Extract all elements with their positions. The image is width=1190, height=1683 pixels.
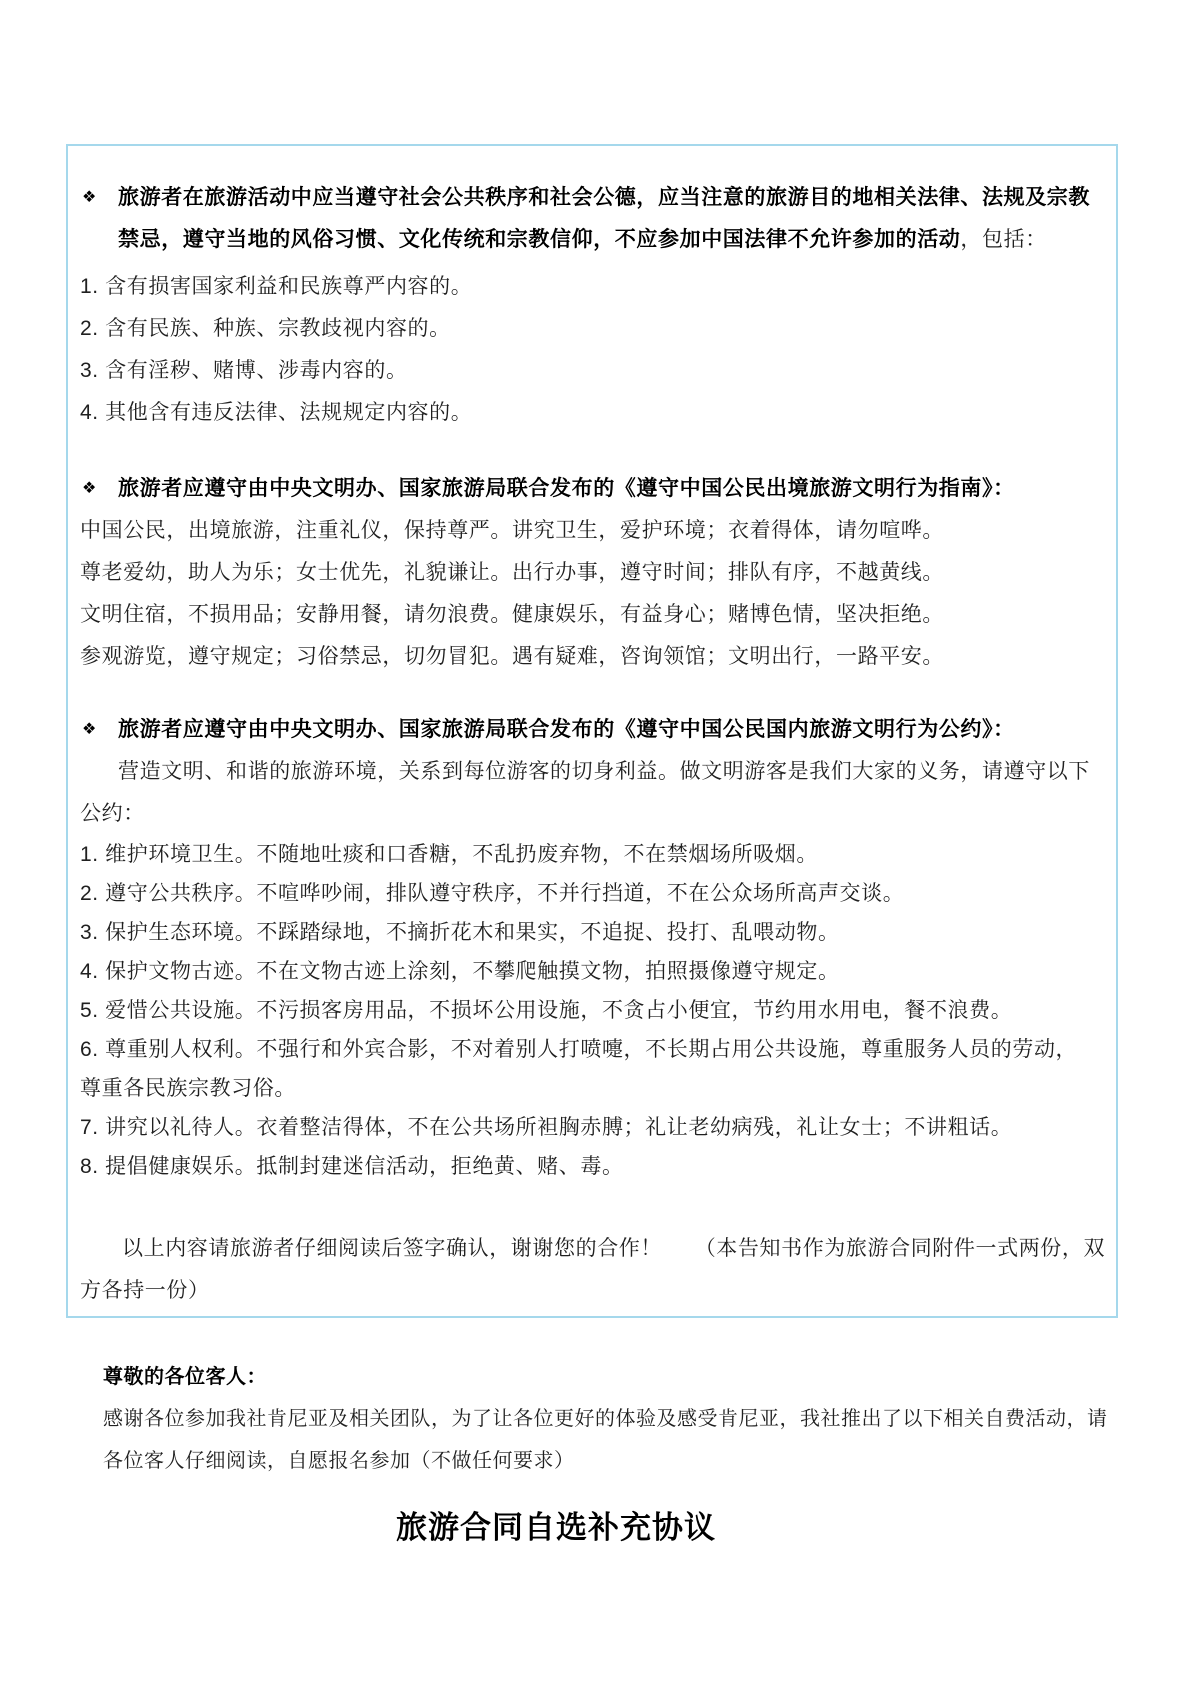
list-item: 3. 含有淫秽、赌博、涉毒内容的。: [80, 350, 1098, 392]
diamond-bullet-icon: ❖: [82, 468, 97, 510]
guest-greeting: 尊敬的各位客人： 感谢各位参加我社肯尼亚及相关团队，为了让各位更好的体验及感受肯…: [103, 1356, 1130, 1482]
heading-text: 旅游者应遵守由中央文明办、国家旅游局联合发布的《遵守中国公民出境旅游文明行为指南…: [118, 477, 1015, 500]
diamond-bullet-icon: ❖: [82, 709, 97, 751]
heading-text-regular: ，包括：: [960, 228, 1046, 251]
notice-box: ❖ 旅游者在旅游活动中应当遵守社会公共秩序和社会公德，应当注意的旅游目的地相关法…: [66, 144, 1118, 1318]
pact-items-list: 1. 维护环境卫生。不随地吐痰和口香糖，不乱扔废弃物，不在禁烟场所吸烟。 2. …: [80, 835, 1098, 1186]
section-outbound-guide: ❖ 旅游者应遵守由中央文明办、国家旅游局联合发布的《遵守中国公民出境旅游文明行为…: [80, 468, 1098, 678]
document-page: ❖ 旅游者在旅游活动中应当遵守社会公共秩序和社会公德，应当注意的旅游目的地相关法…: [0, 0, 1190, 1683]
heading-text-bold: 禁忌，遵守当地的风俗习惯、文化传统和宗教信仰，不应参加中国法律不允许参加的活动: [118, 228, 960, 251]
section-legal-rules: ❖ 旅游者在旅游活动中应当遵守社会公共秩序和社会公德，应当注意的旅游目的地相关法…: [80, 177, 1098, 434]
list-item-continuation: 尊重各民族宗教习俗。: [80, 1069, 1098, 1108]
section-legal-heading-line2: 禁忌，遵守当地的风俗习惯、文化传统和宗教信仰，不应参加中国法律不允许参加的活动，…: [80, 219, 1098, 261]
greeting-body-line: 感谢各位参加我社肯尼亚及相关团队，为了让各位更好的体验及感受肯尼亚，我社推出了以…: [103, 1398, 1130, 1440]
greeting-salutation: 尊敬的各位客人：: [103, 1356, 1130, 1398]
guide-line: 参观游览，遵守规定；习俗禁忌，切勿冒犯。遇有疑难，咨询领馆；文明出行，一路平安。: [80, 636, 1098, 678]
heading-text: 旅游者应遵守由中央文明办、国家旅游局联合发布的《遵守中国公民国内旅游文明行为公约…: [118, 718, 1015, 741]
closing-note: 以上内容请旅游者仔细阅读后签字确认，谢谢您的合作！ （本告知书作为旅游合同附件一…: [80, 1228, 1098, 1312]
closing-line: 方各持一份）: [80, 1270, 1098, 1312]
guide-line: 中国公民，出境旅游，注重礼仪，保持尊严。讲究卫生，爱护环境；衣着得体，请勿喧哗。: [80, 510, 1098, 552]
list-item: 5. 爱惜公共设施。不污损客房用品，不损坏公用设施，不贪占小便宜，节约用水用电，…: [80, 991, 1098, 1030]
section-domestic-pact: ❖ 旅游者应遵守由中央文明办、国家旅游局联合发布的《遵守中国公民国内旅游文明行为…: [80, 709, 1098, 1186]
list-item: 1. 含有损害国家利益和民族尊严内容的。: [80, 266, 1098, 308]
list-item: 3. 保护生态环境。不踩踏绿地，不摘折花木和果实，不追捉、投打、乱喂动物。: [80, 913, 1098, 952]
list-item: 8. 提倡健康娱乐。抵制封建迷信活动，拒绝黄、赌、毒。: [80, 1147, 1098, 1186]
pact-intro-line1: 营造文明、和谐的旅游环境，关系到每位游客的切身利益。做文明游客是我们大家的义务，…: [80, 751, 1098, 793]
list-item: 2. 含有民族、种族、宗教歧视内容的。: [80, 308, 1098, 350]
guide-line: 尊老爱幼，助人为乐；女士优先，礼貌谦让。出行办事，遵守时间；排队有序，不越黄线。: [80, 552, 1098, 594]
list-item: 7. 讲究以礼待人。衣着整洁得体，不在公共场所袒胸赤膊；礼让老幼病残，礼让女士；…: [80, 1108, 1098, 1147]
guide-line: 文明住宿，不损用品；安静用餐，请勿浪费。健康娱乐，有益身心；赌博色情，坚决拒绝。: [80, 594, 1098, 636]
section-legal-heading-line1: ❖ 旅游者在旅游活动中应当遵守社会公共秩序和社会公德，应当注意的旅游目的地相关法…: [80, 177, 1098, 219]
diamond-bullet-icon: ❖: [82, 177, 97, 219]
agreement-title: 旅游合同自选补充协议: [0, 1506, 1112, 1550]
pact-intro-line2: 公约：: [80, 793, 1098, 835]
heading-text: 旅游者在旅游活动中应当遵守社会公共秩序和社会公德，应当注意的旅游目的地相关法律、…: [118, 186, 1090, 209]
list-item: 1. 维护环境卫生。不随地吐痰和口香糖，不乱扔废弃物，不在禁烟场所吸烟。: [80, 835, 1098, 874]
section-outbound-heading: ❖ 旅游者应遵守由中央文明办、国家旅游局联合发布的《遵守中国公民出境旅游文明行为…: [80, 468, 1098, 510]
closing-line: 以上内容请旅游者仔细阅读后签字确认，谢谢您的合作！ （本告知书作为旅游合同附件一…: [80, 1228, 1098, 1270]
list-item: 2. 遵守公共秩序。不喧哗吵闹，排队遵守秩序，不并行挡道，不在公众场所高声交谈。: [80, 874, 1098, 913]
list-item: 4. 其他含有违反法律、法规规定内容的。: [80, 392, 1098, 434]
list-item: 6. 尊重别人权利。不强行和外宾合影，不对着别人打喷嚏，不长期占用公共设施，尊重…: [80, 1030, 1098, 1069]
greeting-body-line: 各位客人仔细阅读，自愿报名参加（不做任何要求）: [103, 1440, 1130, 1482]
list-item: 4. 保护文物古迹。不在文物古迹上涂刻，不攀爬触摸文物，拍照摄像遵守规定。: [80, 952, 1098, 991]
legal-items-list: 1. 含有损害国家利益和民族尊严内容的。 2. 含有民族、种族、宗教歧视内容的。…: [80, 266, 1098, 434]
section-domestic-heading: ❖ 旅游者应遵守由中央文明办、国家旅游局联合发布的《遵守中国公民国内旅游文明行为…: [80, 709, 1098, 751]
